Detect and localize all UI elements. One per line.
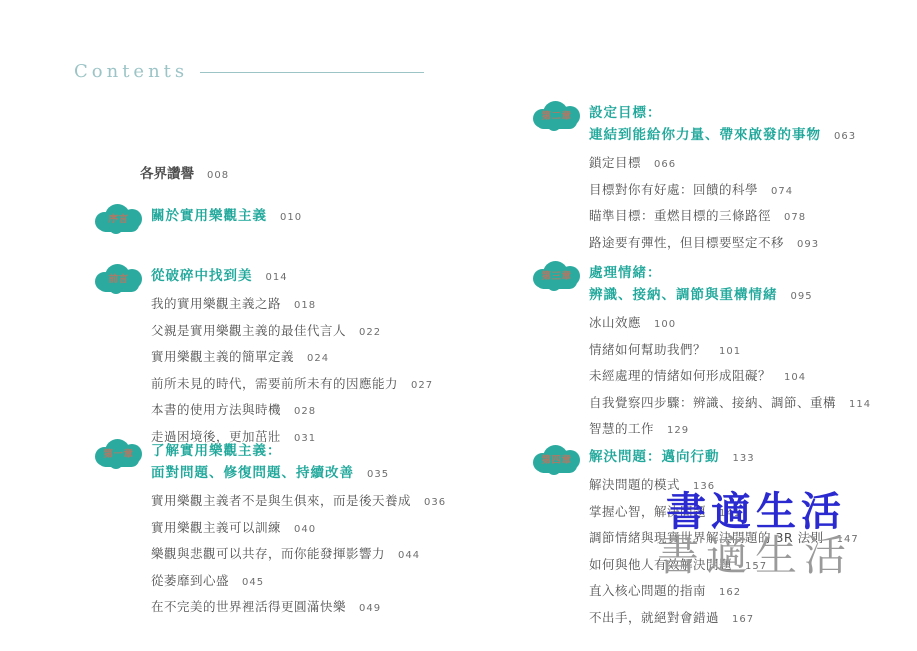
- toc-entry-page: 024: [307, 353, 329, 364]
- toc-entry-title: 直入核心問題的指南: [589, 583, 706, 598]
- chapter-title-text: 連結到能給你力量、帶來啟發的事物: [589, 127, 821, 143]
- toc-entry-title: 在不完美的世界裡活得更圓滿快樂: [151, 599, 346, 614]
- chapter-section: 第一章了解實用樂觀主義：面對問題、修復問題、持續改善035實用樂觀主義者不是與生…: [95, 438, 446, 622]
- toc-entry-page: 100: [654, 319, 676, 330]
- chapter-text-block: 了解實用樂觀主義：面對問題、修復問題、持續改善035實用樂觀主義者不是與生俱來，…: [151, 438, 446, 622]
- contents-title: Contents: [74, 61, 188, 82]
- toc-entry-title: 不出手，就絕對會錯過: [589, 610, 719, 625]
- toc-entry-title: 情緒如何幫助我們？: [589, 342, 706, 357]
- toc-entry-title: 目標對你有好處：回饋的科學: [589, 182, 758, 197]
- toc-entry-title: 我的實用樂觀主義之路: [151, 296, 281, 311]
- toc-entry-page: 114: [849, 399, 871, 410]
- toc-entry: 樂觀與悲觀可以共存，而你能發揮影響力044: [151, 542, 446, 569]
- toc-entry-page: 162: [719, 587, 741, 598]
- chapter-section: 第四章解決問題：邁向行動133解決問題的模式136掌握心智，解決問題141調節情…: [533, 444, 859, 632]
- chapter-title-text: 了解實用樂觀主義：: [151, 443, 282, 459]
- toc-entry-title: 本書的使用方法與時機: [151, 402, 281, 417]
- toc-entry-title: 掌握心智，解決問題: [589, 504, 706, 519]
- toc-entry: 未經處理的情緒如何形成阻礙？104: [589, 364, 871, 391]
- toc-entry-title: 從萎靡到心盛: [151, 573, 229, 588]
- chapter-badge-label: 序言: [108, 211, 128, 225]
- cloud-shape: [547, 281, 561, 291]
- toc-entry-page: 147: [837, 534, 859, 545]
- cloud-shape: [547, 465, 561, 475]
- toc-entry: 鎖定目標066: [589, 151, 856, 178]
- chapter-cloud-badge: 第四章: [533, 445, 580, 476]
- toc-entry: 解決問題的模式136: [589, 473, 859, 500]
- chapter-title: 連結到能給你力量、帶來啟發的事物063: [589, 124, 856, 148]
- toc-entry-page: 018: [294, 300, 316, 311]
- toc-entry: 情緒如何幫助我們？101: [589, 338, 871, 365]
- toc-entry-page: 101: [719, 346, 741, 357]
- toc-entry-page: 136: [693, 481, 715, 492]
- contents-rule-line: [200, 72, 424, 73]
- toc-entry-title: 前所未見的時代，需要前所未有的因應能力: [151, 376, 398, 391]
- toc-entry: 如何與他人有效解決問題157: [589, 553, 859, 580]
- contents-header: Contents: [74, 61, 424, 82]
- toc-entry-page: 129: [667, 425, 689, 436]
- chapter-title-text: 解決問題：邁向行動: [589, 449, 720, 465]
- chapter-item-list: 解決問題的模式136掌握心智，解決問題141調節情緒與現實世界解決問題的 3R …: [589, 473, 859, 632]
- chapter-cloud-badge: 第一章: [95, 439, 142, 470]
- chapter-page-number: 133: [733, 453, 755, 464]
- toc-entry: 瞄準目標：重燃目標的三條路徑078: [589, 204, 856, 231]
- toc-entry-title: 實用樂觀主義的簡單定義: [151, 349, 294, 364]
- toc-entry: 冰山效應100: [589, 311, 871, 338]
- toc-entry-page: 141: [719, 508, 741, 519]
- chapter-text-block: 設定目標：連結到能給你力量、帶來啟發的事物063鎖定目標066目標對你有好處：回…: [589, 100, 856, 257]
- toc-entry-page: 104: [784, 372, 806, 383]
- toc-entry-title: 鎖定目標: [589, 155, 641, 170]
- toc-entry-page: 049: [359, 603, 381, 614]
- cloud-shape: [109, 224, 123, 234]
- toc-entry-page: 045: [242, 577, 264, 588]
- chapter-badge-label: 第二章: [541, 108, 571, 122]
- chapter-title: 設定目標：: [589, 102, 856, 124]
- toc-entry: 本書的使用方法與時機028: [151, 398, 433, 425]
- toc-entry: 我的實用樂觀主義之路018: [151, 292, 433, 319]
- toc-entry: 調節情緒與現實世界解決問題的 3R 法則147: [589, 526, 859, 553]
- toc-entry-page: 066: [654, 159, 676, 170]
- toc-entry-title: 實用樂觀主義者不是與生俱來，而是後天養成: [151, 493, 411, 508]
- toc-entry-page: 036: [424, 497, 446, 508]
- toc-entry-title: 樂觀與悲觀可以共存，而你能發揮影響力: [151, 546, 385, 561]
- acclaim-entry-title: 各界讚譽: [140, 166, 194, 182]
- toc-entry-page: 074: [771, 186, 793, 197]
- chapter-title-text: 面對問題、修復問題、持續改善: [151, 465, 354, 481]
- toc-entry-title: 智慧的工作: [589, 421, 654, 436]
- toc-entry-title: 未經處理的情緒如何形成阻礙？: [589, 368, 771, 383]
- toc-entry-title: 調節情緒與現實世界解決問題的 3R 法則: [589, 530, 824, 545]
- toc-entry-page: 093: [797, 239, 819, 250]
- cloud-shape: [547, 121, 561, 131]
- toc-entry-title: 瞄準目標：重燃目標的三條路徑: [589, 208, 771, 223]
- chapter-title-text: 關於實用樂觀主義: [151, 208, 267, 224]
- cloud-shape: [109, 284, 123, 294]
- toc-entry-title: 父親是實用樂觀主義的最佳代言人: [151, 323, 346, 338]
- chapter-text-block: 解決問題：邁向行動133解決問題的模式136掌握心智，解決問題141調節情緒與現…: [589, 444, 859, 632]
- chapter-title: 處理情緒：: [589, 262, 871, 284]
- chapter-title: 面對問題、修復問題、持續改善035: [151, 462, 446, 486]
- chapter-item-list: 我的實用樂觀主義之路018父親是實用樂觀主義的最佳代言人022實用樂觀主義的簡單…: [151, 292, 433, 451]
- toc-entry: 自我覺察四步驟：辨識、接納、調節、重構114: [589, 391, 871, 418]
- toc-entry-page: 027: [411, 380, 433, 391]
- chapter-badge-label: 第四章: [541, 452, 571, 466]
- chapter-section: 序言關於實用樂觀主義010: [95, 203, 302, 235]
- chapter-title: 了解實用樂觀主義：: [151, 440, 446, 462]
- acclaim-entry-page: 008: [207, 170, 229, 181]
- toc-entry: 實用樂觀主義可以訓練040: [151, 516, 446, 543]
- toc-entry: 前所未見的時代，需要前所未有的因應能力027: [151, 372, 433, 399]
- chapter-badge-label: 第三章: [541, 268, 571, 282]
- toc-entry: 不出手，就絕對會錯過167: [589, 606, 859, 633]
- toc-entry-page: 022: [359, 327, 381, 338]
- toc-entry-title: 自我覺察四步驟：辨識、接納、調節、重構: [589, 395, 836, 410]
- chapter-text-block: 關於實用樂觀主義010: [151, 203, 302, 229]
- toc-entry-page: 157: [745, 561, 767, 572]
- chapter-badge-label: 第一章: [103, 446, 133, 460]
- toc-entry: 路途要有彈性，但目標要堅定不移093: [589, 231, 856, 258]
- chapter-title-text: 辨識、接納、調節與重構情緒: [589, 287, 778, 303]
- chapter-title: 解決問題：邁向行動133: [589, 446, 859, 470]
- toc-entry-title: 如何與他人有效解決問題: [589, 557, 732, 572]
- toc-entry-title: 冰山效應: [589, 315, 641, 330]
- chapter-page-number: 035: [367, 469, 389, 480]
- chapter-cloud-badge: 第三章: [533, 261, 580, 292]
- toc-entry: 父親是實用樂觀主義的最佳代言人022: [151, 319, 433, 346]
- toc-entry-page: 044: [398, 550, 420, 561]
- chapter-title: 從破碎中找到美014: [151, 265, 433, 289]
- toc-entry: 目標對你有好處：回饋的科學074: [589, 178, 856, 205]
- chapter-page-number: 014: [266, 272, 288, 283]
- toc-entry-page: 028: [294, 406, 316, 417]
- toc-entry-page: 167: [732, 614, 754, 625]
- chapter-title: 辨識、接納、調節與重構情緒095: [589, 284, 871, 308]
- chapter-cloud-badge: 前言: [95, 264, 142, 295]
- chapter-section: 第二章設定目標：連結到能給你力量、帶來啟發的事物063鎖定目標066目標對你有好…: [533, 100, 856, 257]
- toc-page: Contents 各界讚譽008 序言關於實用樂觀主義010前言從破碎中找到美0…: [0, 0, 917, 651]
- toc-entry: 實用樂觀主義者不是與生俱來，而是後天養成036: [151, 489, 446, 516]
- chapter-badge-label: 前言: [108, 271, 128, 285]
- chapter-title: 關於實用樂觀主義010: [151, 205, 302, 229]
- acclaim-entry: 各界讚譽008: [140, 162, 229, 182]
- toc-entry: 從萎靡到心盛045: [151, 569, 446, 596]
- chapter-section: 前言從破碎中找到美014我的實用樂觀主義之路018父親是實用樂觀主義的最佳代言人…: [95, 263, 433, 451]
- toc-entry-page: 078: [784, 212, 806, 223]
- chapter-title-text: 設定目標：: [589, 105, 662, 121]
- toc-entry-page: 040: [294, 524, 316, 535]
- chapter-page-number: 010: [280, 212, 302, 223]
- chapter-cloud-badge: 序言: [95, 204, 142, 235]
- toc-entry: 實用樂觀主義的簡單定義024: [151, 345, 433, 372]
- toc-entry: 智慧的工作129: [589, 417, 871, 444]
- chapter-cloud-badge: 第二章: [533, 101, 580, 132]
- chapter-page-number: 063: [834, 131, 856, 142]
- chapter-section: 第三章處理情緒：辨識、接納、調節與重構情緒095冰山效應100情緒如何幫助我們？…: [533, 260, 871, 444]
- chapter-item-list: 冰山效應100情緒如何幫助我們？101未經處理的情緒如何形成阻礙？104自我覺察…: [589, 311, 871, 444]
- chapter-page-number: 095: [791, 291, 813, 302]
- cloud-shape: [109, 459, 123, 469]
- toc-entry-title: 路途要有彈性，但目標要堅定不移: [589, 235, 784, 250]
- chapter-item-list: 實用樂觀主義者不是與生俱來，而是後天養成036實用樂觀主義可以訓練040樂觀與悲…: [151, 489, 446, 622]
- toc-entry: 在不完美的世界裡活得更圓滿快樂049: [151, 595, 446, 622]
- toc-entry: 掌握心智，解決問題141: [589, 500, 859, 527]
- chapter-title-text: 處理情緒：: [589, 265, 662, 281]
- toc-entry-title: 解決問題的模式: [589, 477, 680, 492]
- chapter-item-list: 鎖定目標066目標對你有好處：回饋的科學074瞄準目標：重燃目標的三條路徑078…: [589, 151, 856, 257]
- chapter-text-block: 處理情緒：辨識、接納、調節與重構情緒095冰山效應100情緒如何幫助我們？101…: [589, 260, 871, 444]
- toc-entry: 直入核心問題的指南162: [589, 579, 859, 606]
- chapter-text-block: 從破碎中找到美014我的實用樂觀主義之路018父親是實用樂觀主義的最佳代言人02…: [151, 263, 433, 451]
- chapter-title-text: 從破碎中找到美: [151, 268, 253, 284]
- toc-entry-title: 實用樂觀主義可以訓練: [151, 520, 281, 535]
